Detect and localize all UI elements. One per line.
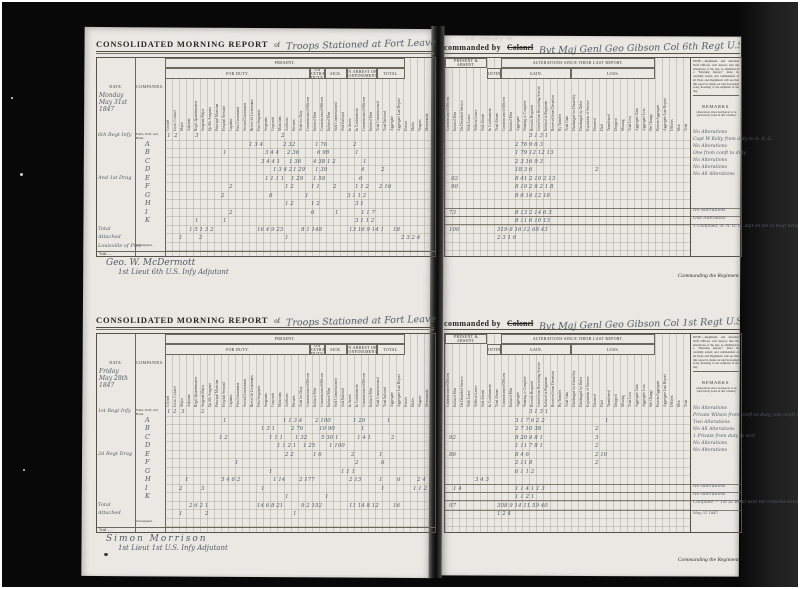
column-label: Sick Absent (480, 355, 487, 407)
entry-mark: 3 1 1 2 (347, 192, 366, 200)
column-group-label: PRESENT. (165, 58, 405, 68)
column-label: Expiration of Service (585, 355, 592, 407)
entry-mark: 2 4 (417, 476, 426, 484)
entry-mark: 2 100 (315, 417, 331, 425)
column-group-label: TOTAL. (377, 68, 405, 79)
column-group-label: GAIN. (501, 68, 571, 79)
company-label: B (145, 148, 150, 156)
company-label: D (145, 165, 150, 173)
column-label: Principal Musician (214, 79, 221, 131)
entry-mark: 1 14 (273, 476, 285, 484)
column-label: Aggregate Loss (641, 355, 648, 407)
entry-mark: 2 7 10 38 (515, 425, 541, 433)
column-label: Principal Musician (214, 355, 221, 407)
signature-block: Geo. W. McDermott 1st Lieut 6th U.S. Inf… (106, 258, 229, 276)
remark-line: No Alterations (693, 165, 727, 171)
entry-mark: 1 (269, 468, 273, 476)
company-label: F (145, 182, 150, 190)
entry-mark: 6 98 (317, 149, 329, 157)
column-label: Aggregate (515, 79, 522, 131)
title-of: of (274, 317, 280, 325)
companies-header: COMPANIES. (135, 84, 165, 89)
entry-mark: 3 1 3 1 (529, 132, 548, 140)
entry-mark: 16 4 9 23 (257, 226, 283, 234)
ghost-handwriting: The Journey of (464, 37, 512, 42)
entry-mark: 2 16 (595, 451, 607, 459)
entry-mark: 1 2 (285, 183, 294, 191)
entry-mark: 319 8 16 12 68 43 (497, 226, 548, 234)
column-label: Commissioned Officers (361, 355, 368, 407)
column-label: Dropped (613, 355, 620, 407)
printed-note: NOTE.—Regiments and detached Staff Offic… (693, 336, 739, 372)
column-label: Total for Duty (298, 355, 305, 407)
left-body-grid: 123211 1 3 42 1001 2011 3 12 7610 9011 2… (165, 408, 431, 527)
column-label: Total (683, 355, 690, 407)
company-designation: And 1st Drag (98, 175, 132, 181)
column-label: Present Aggregate (655, 79, 662, 131)
entry-mark: 1 79 12 12 13 (515, 149, 554, 157)
ink-blot (104, 553, 108, 556)
column-label: Deserted (592, 355, 599, 407)
company-label: H (145, 199, 151, 207)
company-label: Unassigned. (136, 520, 164, 524)
report-table-left: DATE. Monday May 31st 1847 6th Regt Infy… (96, 57, 436, 257)
company-label: C (145, 157, 150, 165)
entry-mark: 1 (185, 476, 189, 484)
companies-body: Field, Staff, and Band.ABCDEFGHIKUnassig… (135, 408, 165, 532)
dust-speck (11, 97, 13, 99)
entry-mark: 1 1 2 (413, 485, 427, 493)
entry-mark: 1 3 1 (261, 425, 275, 433)
column-label: Horses (403, 355, 410, 407)
entry-mark: 3 (181, 408, 185, 416)
column-label: Enlisted in Regiment (543, 355, 550, 407)
company-label: D (145, 441, 150, 449)
column-label: Enlisted Men (368, 79, 375, 131)
column-group-label: PRESENT & ABSENT. (445, 58, 487, 68)
column-label: Second Lieutenants (242, 355, 249, 407)
scanned-document-photo: CONSOLIDATED MORNING REPORT of Troops St… (0, 0, 800, 589)
date-handwriting: Friday May 28th 1847 (99, 368, 128, 389)
entry-mark: 2 (229, 209, 233, 217)
column-label: Hospital Steward (221, 79, 228, 131)
column-label: With Leave (466, 355, 473, 407)
dust-speck (23, 469, 25, 471)
entry-mark: 2 (381, 166, 385, 174)
column-label: Mules (410, 79, 417, 131)
companies-header: COMPANIES. (135, 360, 165, 365)
column-label: Enlisted Men (312, 355, 319, 407)
column-label: Aggregate Last Report (396, 79, 403, 131)
column-label: Commissioned Officers (361, 79, 368, 131)
title-handwriting: Troops Stationed at Fort Leavenworth 184… (286, 312, 436, 328)
entry-mark: 2 (595, 459, 599, 467)
company-label: Unassigned. (136, 244, 164, 248)
company-label: I (145, 208, 148, 216)
column-label: Total Commissioned (375, 79, 382, 131)
remark-line: Two Alterations (693, 420, 730, 426)
column-group-label: ON EXTRA DUTY. (310, 68, 325, 79)
entry-mark: 3 (595, 434, 599, 442)
column-label: Total Gain (564, 355, 571, 407)
column-label: Without Leave (473, 355, 480, 407)
entry-mark: 2 (199, 234, 203, 242)
entry-mark: 1 (223, 217, 227, 225)
entry-mark: 2 11 8 (515, 459, 533, 467)
column-label: Total for Duty (298, 79, 305, 131)
column-label: Transferred (606, 355, 613, 407)
column-label: Discharged for Disability (571, 79, 578, 131)
entry-mark: 2 (595, 425, 599, 433)
entry-mark: 2 177 (299, 476, 315, 484)
entry-mark: 2 3 2 4 (401, 234, 420, 242)
entry-mark: 1 29 (291, 175, 303, 183)
entry-mark: 6 1 1 2 (515, 468, 534, 476)
column-group-label: ON EXTRA DUTY. (310, 344, 325, 355)
entry-mark: 1 2 4 (497, 510, 511, 518)
entry-mark: 2 16 (379, 183, 391, 191)
column-label: Sick Absent (480, 79, 487, 131)
column-label: In Arrest (347, 79, 354, 131)
entry-mark: 92 (451, 175, 458, 183)
entry-mark: 1 1 1 (269, 434, 283, 442)
company-label: E (145, 174, 150, 182)
column-label: Aggregate (389, 355, 396, 407)
entry-mark: 8 6 14 12 18 (515, 192, 550, 200)
entry-mark: 2 (229, 183, 233, 191)
commanded-by-label: commanded by (444, 43, 501, 52)
column-label: Major (179, 79, 186, 131)
column-label: Men (676, 79, 683, 131)
entry-mark: 90 (451, 183, 458, 191)
entry-mark: 1 3 4 2 (273, 166, 292, 174)
entry-mark: 2 (595, 166, 599, 174)
column-label: Commissioned Officers (319, 79, 326, 131)
remark-line: No All Alterations (693, 172, 735, 178)
remark-line: No Alterations (693, 441, 727, 447)
entry-mark: 2 6 2 1 (189, 502, 208, 510)
entry-mark: 5 30 1 (321, 434, 339, 442)
column-label: By Transfer (557, 79, 564, 131)
entry-mark: 1 (379, 451, 383, 459)
company-label: Field, Staff, and Band. (136, 409, 164, 416)
column-group-label: SICK. (325, 68, 347, 79)
column-label: Net Change (648, 79, 655, 131)
column-label: Total Commissioned (375, 355, 382, 407)
entry-mark: 2 36 (287, 149, 299, 157)
entry-mark: 1 (293, 510, 297, 518)
entry-mark: 16 (393, 502, 400, 510)
column-group-label: FOR DUTY. (165, 344, 310, 355)
company-label: K (145, 492, 150, 500)
companies-column: COMPANIES. Field, Staff, and Band.ABCDEF… (135, 334, 166, 532)
total-rule (97, 527, 435, 528)
column-label: Expiration of Service (585, 79, 592, 131)
column-label: Died (599, 79, 606, 131)
column-label: In Confinement (487, 355, 494, 407)
column-label: Recruits Required (529, 79, 536, 131)
entry-mark: 1 1 3 4 (283, 417, 302, 425)
printed-note: NOTE.—Regiments and detached Staff Offic… (693, 60, 739, 96)
entry-mark: 308 9 14 11 59 40 (497, 502, 548, 510)
column-label: Adjutant (186, 79, 193, 131)
column-label: Total Gain (564, 79, 571, 131)
entry-mark: 18 (393, 226, 400, 234)
entry-mark: 3 4 4 (265, 149, 279, 157)
entry-mark: 10 90 (319, 425, 335, 433)
entry-mark: 3 1 3 1 (529, 408, 548, 416)
company-designation: 1st Regt Infy (98, 408, 131, 414)
entry-mark: 1 76 (315, 141, 327, 149)
column-label: Corporals (270, 355, 277, 407)
entry-mark: 8 20 4 8 1 (515, 434, 543, 442)
total-rule (97, 251, 435, 252)
column-label: First Sergeants (256, 355, 263, 407)
remark-line: Capt W Kelly from duty to A. A. G. (693, 137, 773, 143)
signature-rank: 1st Lieut 1st U.S. Infy Adjutant (118, 544, 228, 552)
entry-mark: 9 2 152 (301, 502, 322, 510)
column-label: Commissioned Officers (501, 79, 508, 131)
date-column: DATE. Friday May 28th 1847 1st Regt Infy… (97, 334, 136, 532)
report-table-right: 3 1 3 12 76 9 6 31 79 12 12 132 3 16 9 3… (444, 57, 742, 257)
company-label: A (145, 416, 150, 424)
entry-mark: 1 (335, 209, 339, 217)
date-body: 6th Regt InfyAnd 1st DragTotalAttachedLo… (98, 132, 135, 256)
remark-line: No Alterations (693, 406, 727, 412)
column-label: Commissioned Officers (305, 355, 312, 407)
column-label: Privates (291, 355, 298, 407)
title-rule (96, 327, 434, 330)
companies-column: COMPANIES. Field, Staff, and Band.ABCDEF… (135, 58, 166, 256)
entry-mark: 3 4 4 1 (261, 158, 280, 166)
column-label: Present Aggregate (655, 355, 662, 407)
column-label: Enlisted in Regiment (543, 79, 550, 131)
entry-mark: 2 (333, 183, 337, 191)
column-label: Died (599, 355, 606, 407)
entry-mark: 1 32 (295, 434, 307, 442)
remarks-column: NOTE.—Regiments and detached Staff Offic… (690, 334, 742, 532)
column-label: Qr. Mr. Sergeant (207, 355, 214, 407)
entry-mark: 2 (355, 459, 359, 467)
total-row-label: Total ...... (99, 528, 113, 532)
entry-mark: 2 (281, 132, 285, 140)
report-title: CONSOLIDATED MORNING REPORT of Troops St… (96, 310, 436, 328)
entry-mark: 1 (605, 417, 609, 425)
company-label: H (145, 475, 151, 483)
entry-mark: 86 (449, 451, 456, 459)
column-label: Sergeant Major (200, 355, 207, 407)
entry-mark: 8 41 2 10 2 13 (515, 175, 555, 183)
company-designation: 2d Regt Drag (98, 451, 132, 457)
entry-mark: 2 (179, 485, 183, 493)
remark-total-line: May 31 1847 (693, 510, 718, 515)
entry-mark: 1 1 (311, 183, 320, 191)
entry-mark: 8 1 148 (301, 226, 322, 234)
column-label: Major (179, 355, 186, 407)
column-label: First Lieutenants (235, 79, 242, 131)
date-handwriting: Monday May 31st 1847 (99, 92, 127, 113)
column-label: Horses (403, 79, 410, 131)
column-group-label: WANTING. (487, 344, 501, 355)
column-label: Qr. Mr. Sergeant (207, 79, 214, 131)
entry-mark: 1 39 (315, 166, 327, 174)
company-label: C (145, 433, 150, 441)
entry-mark: 8 (269, 192, 273, 200)
column-label: Enlisted Men (452, 79, 459, 131)
column-label: Lieut. Colonel (172, 355, 179, 407)
remark-total-line: One Alteration (693, 216, 726, 222)
column-group-label: PRESENT. (165, 334, 405, 344)
remark-line: No Alterations (693, 158, 727, 164)
column-label: Joined from Recruiting Service (536, 79, 543, 131)
entry-mark: 1 2 (285, 200, 294, 208)
entry-mark: 11 14 8 12 (349, 502, 379, 510)
entry-mark: 92 (449, 434, 456, 442)
column-label: Total Loss (627, 355, 634, 407)
entry-mark: 6 (359, 175, 363, 183)
report-table-left: DATE. Friday May 28th 1847 1st Regt Infy… (96, 333, 436, 533)
column-label: Musicians (277, 355, 284, 407)
report-table-right: 3 1 3 13 1 7 6 2 212 7 10 382928 20 4 8 … (444, 333, 742, 533)
entry-mark: 2 (595, 442, 599, 450)
column-group-label: LOSS. (571, 344, 655, 355)
column-label: Musicians (277, 79, 284, 131)
entry-mark: 2 76 9 6 3 (515, 141, 543, 149)
column-label: Enlisted Men (452, 355, 459, 407)
entry-mark: 4 (361, 166, 365, 174)
column-label: Aggregate Loss (641, 79, 648, 131)
date-header: DATE. (97, 360, 135, 365)
left-body-grid: 12321 3 42 321 76213 4 42 366 9813 4 4 1… (165, 132, 431, 251)
total-row-label: Total ...... (99, 252, 113, 256)
entry-mark: 2 13 (349, 476, 361, 484)
column-label: Total Absent (494, 79, 501, 131)
signature-block: Simon Morrison 1st Lieut 1st U.S. Infy A… (106, 534, 228, 552)
column-label: Enlisted Men (368, 355, 375, 407)
entry-mark: 2 (351, 451, 355, 459)
column-label: Regtl. Quartermaster (193, 355, 200, 407)
column-label: Aggregate Last Report (662, 355, 669, 407)
entry-mark: 1 2 (311, 200, 320, 208)
column-label: Colonel (165, 79, 172, 131)
entry-mark: 1 (305, 192, 309, 200)
date-header: DATE. (97, 84, 135, 89)
entry-mark: 3 (195, 132, 199, 140)
column-label: Wanting to Complete (522, 355, 529, 407)
column-label: Artificers (284, 79, 291, 131)
remark-line: No Alterations (693, 130, 727, 136)
title-rule (96, 51, 434, 54)
title-text: CONSOLIDATED MORNING REPORT (96, 315, 268, 325)
entry-mark: 1 (379, 476, 383, 484)
commander-rule (444, 53, 740, 54)
column-label: Commissioned Officers (305, 79, 312, 131)
company-designation: Attached (98, 510, 121, 516)
column-label: Total Loss (627, 79, 634, 131)
entry-mark: 1 29 (293, 166, 305, 174)
entry-mark: 1 (381, 485, 385, 493)
commanding-the-regiment: Commanding the Regiment. (648, 557, 740, 563)
title-handwriting: Troops Stationed at Fort Leavenworth (286, 37, 436, 52)
remark-total-line: Confined — 1st Lt Rodd with the remarks … (693, 500, 798, 506)
column-label: Dropped (613, 79, 620, 131)
column-group-label: ALTERATIONS SINCE THEIR LAST REPORT. (501, 334, 655, 344)
entry-mark: 1 (195, 217, 199, 225)
column-label: Total (683, 79, 690, 131)
right-columns-grid: 3 1 3 13 1 7 6 2 212 7 10 382928 20 4 8 … (445, 334, 690, 532)
column-group-label: ALTERATIONS SINCE THEIR LAST REPORT. (501, 58, 655, 68)
entry-mark: 1 3 4 (249, 141, 263, 149)
column-label: Enlisted Men (326, 79, 333, 131)
column-label: Corporals (270, 79, 277, 131)
column-group-label: IN ARREST OR CONFINEMENT. (347, 68, 377, 79)
company-label: F (145, 458, 150, 466)
column-label: Aggregate Last Report (662, 79, 669, 131)
left-columns-grid: 12321 3 42 321 76213 4 42 366 9813 4 4 1… (165, 58, 431, 256)
entry-mark: 1 2 (219, 434, 228, 442)
entry-mark: 2 76 (291, 425, 303, 433)
entry-mark: 1 (363, 158, 367, 166)
company-label: K (145, 216, 150, 224)
column-label: Sergeant Major (200, 79, 207, 131)
column-label: Brevet 2d Lieutenants (249, 355, 256, 407)
column-group-label: GAIN. (501, 344, 571, 355)
remarks-title: REMARKS. (691, 104, 742, 109)
entry-mark: 2 3 16 9 3 (515, 158, 543, 166)
company-label: G (145, 191, 150, 199)
column-label: Commissioned Officers (445, 355, 452, 407)
entry-mark: 1 1 7 (361, 209, 375, 217)
entry-mark: 6 (397, 476, 401, 484)
remarks-title: REMARKS. (691, 380, 742, 385)
column-label: Men (676, 355, 683, 407)
column-label: Joined from Recruiting Service (536, 355, 543, 407)
remark-total-line: No Alterations (693, 492, 725, 498)
entry-mark: 1 (355, 149, 359, 157)
column-label: In Confinement (354, 355, 361, 407)
column-label: Officers (669, 79, 676, 131)
column-label: Wagons (417, 79, 424, 131)
column-label: Lieut. Colonel (172, 79, 179, 131)
entry-mark: 3 (201, 485, 205, 493)
entry-mark: 2 3 1 6 (497, 234, 516, 242)
entry-mark: 1 1 1 1 (265, 175, 284, 183)
column-label: Discharged for Disability (571, 355, 578, 407)
entry-mark: 3 1 (355, 200, 364, 208)
remarks-column: NOTE.—Regiments and detached Staff Offic… (690, 58, 742, 256)
entry-mark: 3 4 6 2 (221, 476, 240, 484)
entry-mark: 3 4 3 (475, 476, 489, 484)
entry-mark: 8 10 2 6 2 1 8 (515, 183, 553, 191)
company-designation: 6th Regt Infy (98, 132, 131, 138)
remarks-subtitle: (Alterations since last Report to be par… (693, 387, 740, 394)
column-label: On Detached Service (459, 79, 466, 131)
remarks-subtitle: (Alterations since last Report to be par… (693, 111, 740, 118)
entry-mark: 100 (449, 226, 460, 234)
entry-mark: 2 (201, 408, 205, 416)
entry-mark: 1 (223, 417, 227, 425)
company-designation: Total (98, 226, 111, 232)
entry-mark: 1 25 (303, 442, 315, 450)
entry-mark: 2 2 (285, 451, 294, 459)
date-column: DATE. Monday May 31st 1847 6th Regt Infy… (97, 58, 136, 256)
entry-mark: 97 (449, 502, 456, 510)
column-label: Colonel (165, 355, 172, 407)
column-group-label: TOTAL. (377, 344, 405, 355)
remark-line: Private Wilson from conft to duty; one c… (693, 413, 798, 419)
remark-line: No All Alterations (693, 427, 735, 433)
entry-mark: 18 3 6 (515, 166, 533, 174)
